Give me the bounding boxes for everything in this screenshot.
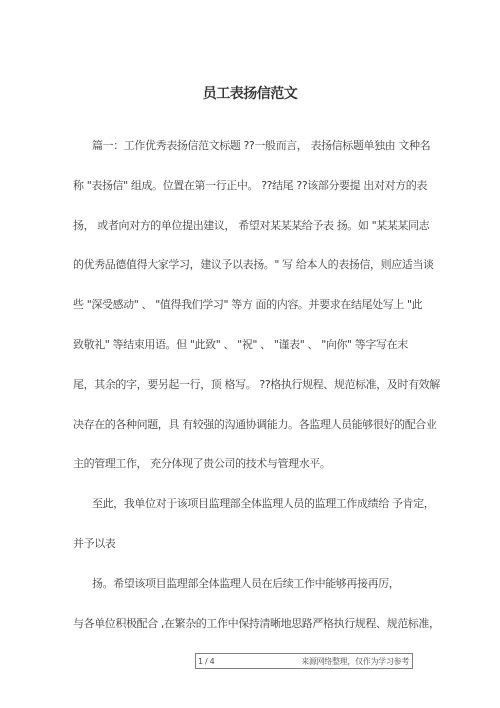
page-footer: 1 / 4 来源网络整理，仅作为学习参考 [195, 653, 413, 669]
paragraph-line: 致敬礼" 等结束用语。但 "此致" 、 "祝" 、 "谨表" 、 "向你" 等字… [73, 325, 500, 365]
paragraph-line: 并予以表 [73, 524, 500, 564]
page-number: 1 / 4 [198, 657, 214, 666]
paragraph-line: 称 "表扬信" 组成。位置在第一行正中。 ??结尾 ??该部分要提 出对对方的表 [73, 166, 500, 206]
document-body: 篇一：工作优秀表扬信范文标题 ??一般而言， 表扬信标题单独由 文种名 称 "表… [0, 126, 500, 643]
paragraph-line: 至此，我单位对于该项目监理部全体监理人员的监理工作成绩给 予肯定， [73, 484, 500, 524]
paragraph-line: 尾，其余的字，要另起一行，顶 格写。 ??格执行规程、规范标准，及时有效解 [73, 365, 500, 405]
paragraph-line: 扬。希望该项目监理部全体监理人员在后续工作中能够再接再厉， [73, 564, 500, 604]
paragraph-line: 与各单位积极配合 ,在繁杂的工作中保持清晰地思路严格执行规程、规范标准， [73, 604, 500, 644]
document-page: 员工表扬信范文 篇一：工作优秀表扬信范文标题 ??一般而言， 表扬信标题单独由 … [0, 0, 500, 708]
paragraph-line: 些 "深受感动" 、 "值得我们学习" 等方 面的内容。并要求在结尾处写上 "此 [73, 285, 500, 325]
source-note: 来源网络整理，仅作为学习参考 [301, 656, 409, 667]
paragraph-line: 的优秀品德值得大家学习，建议予以表扬。" 写 给本人的表扬信，则应适当谈 [73, 245, 500, 285]
paragraph-line: 篇一：工作优秀表扬信范文标题 ??一般而言， 表扬信标题单独由 文种名 [73, 126, 500, 166]
document-title: 员工表扬信范文 [0, 84, 500, 104]
paragraph-line: 主的管理工作， 充分体现了贵公司的技术与管理水平。 [73, 444, 500, 484]
paragraph-line: 扬， 或者向对方的单位提出建议， 希望对某某某给予表 扬。如 "某某某同志 [73, 206, 500, 246]
paragraph-line: 决存在的各种问题，具 有较强的沟通协调能力。各监理人员能够很好的配合业 [73, 405, 500, 445]
